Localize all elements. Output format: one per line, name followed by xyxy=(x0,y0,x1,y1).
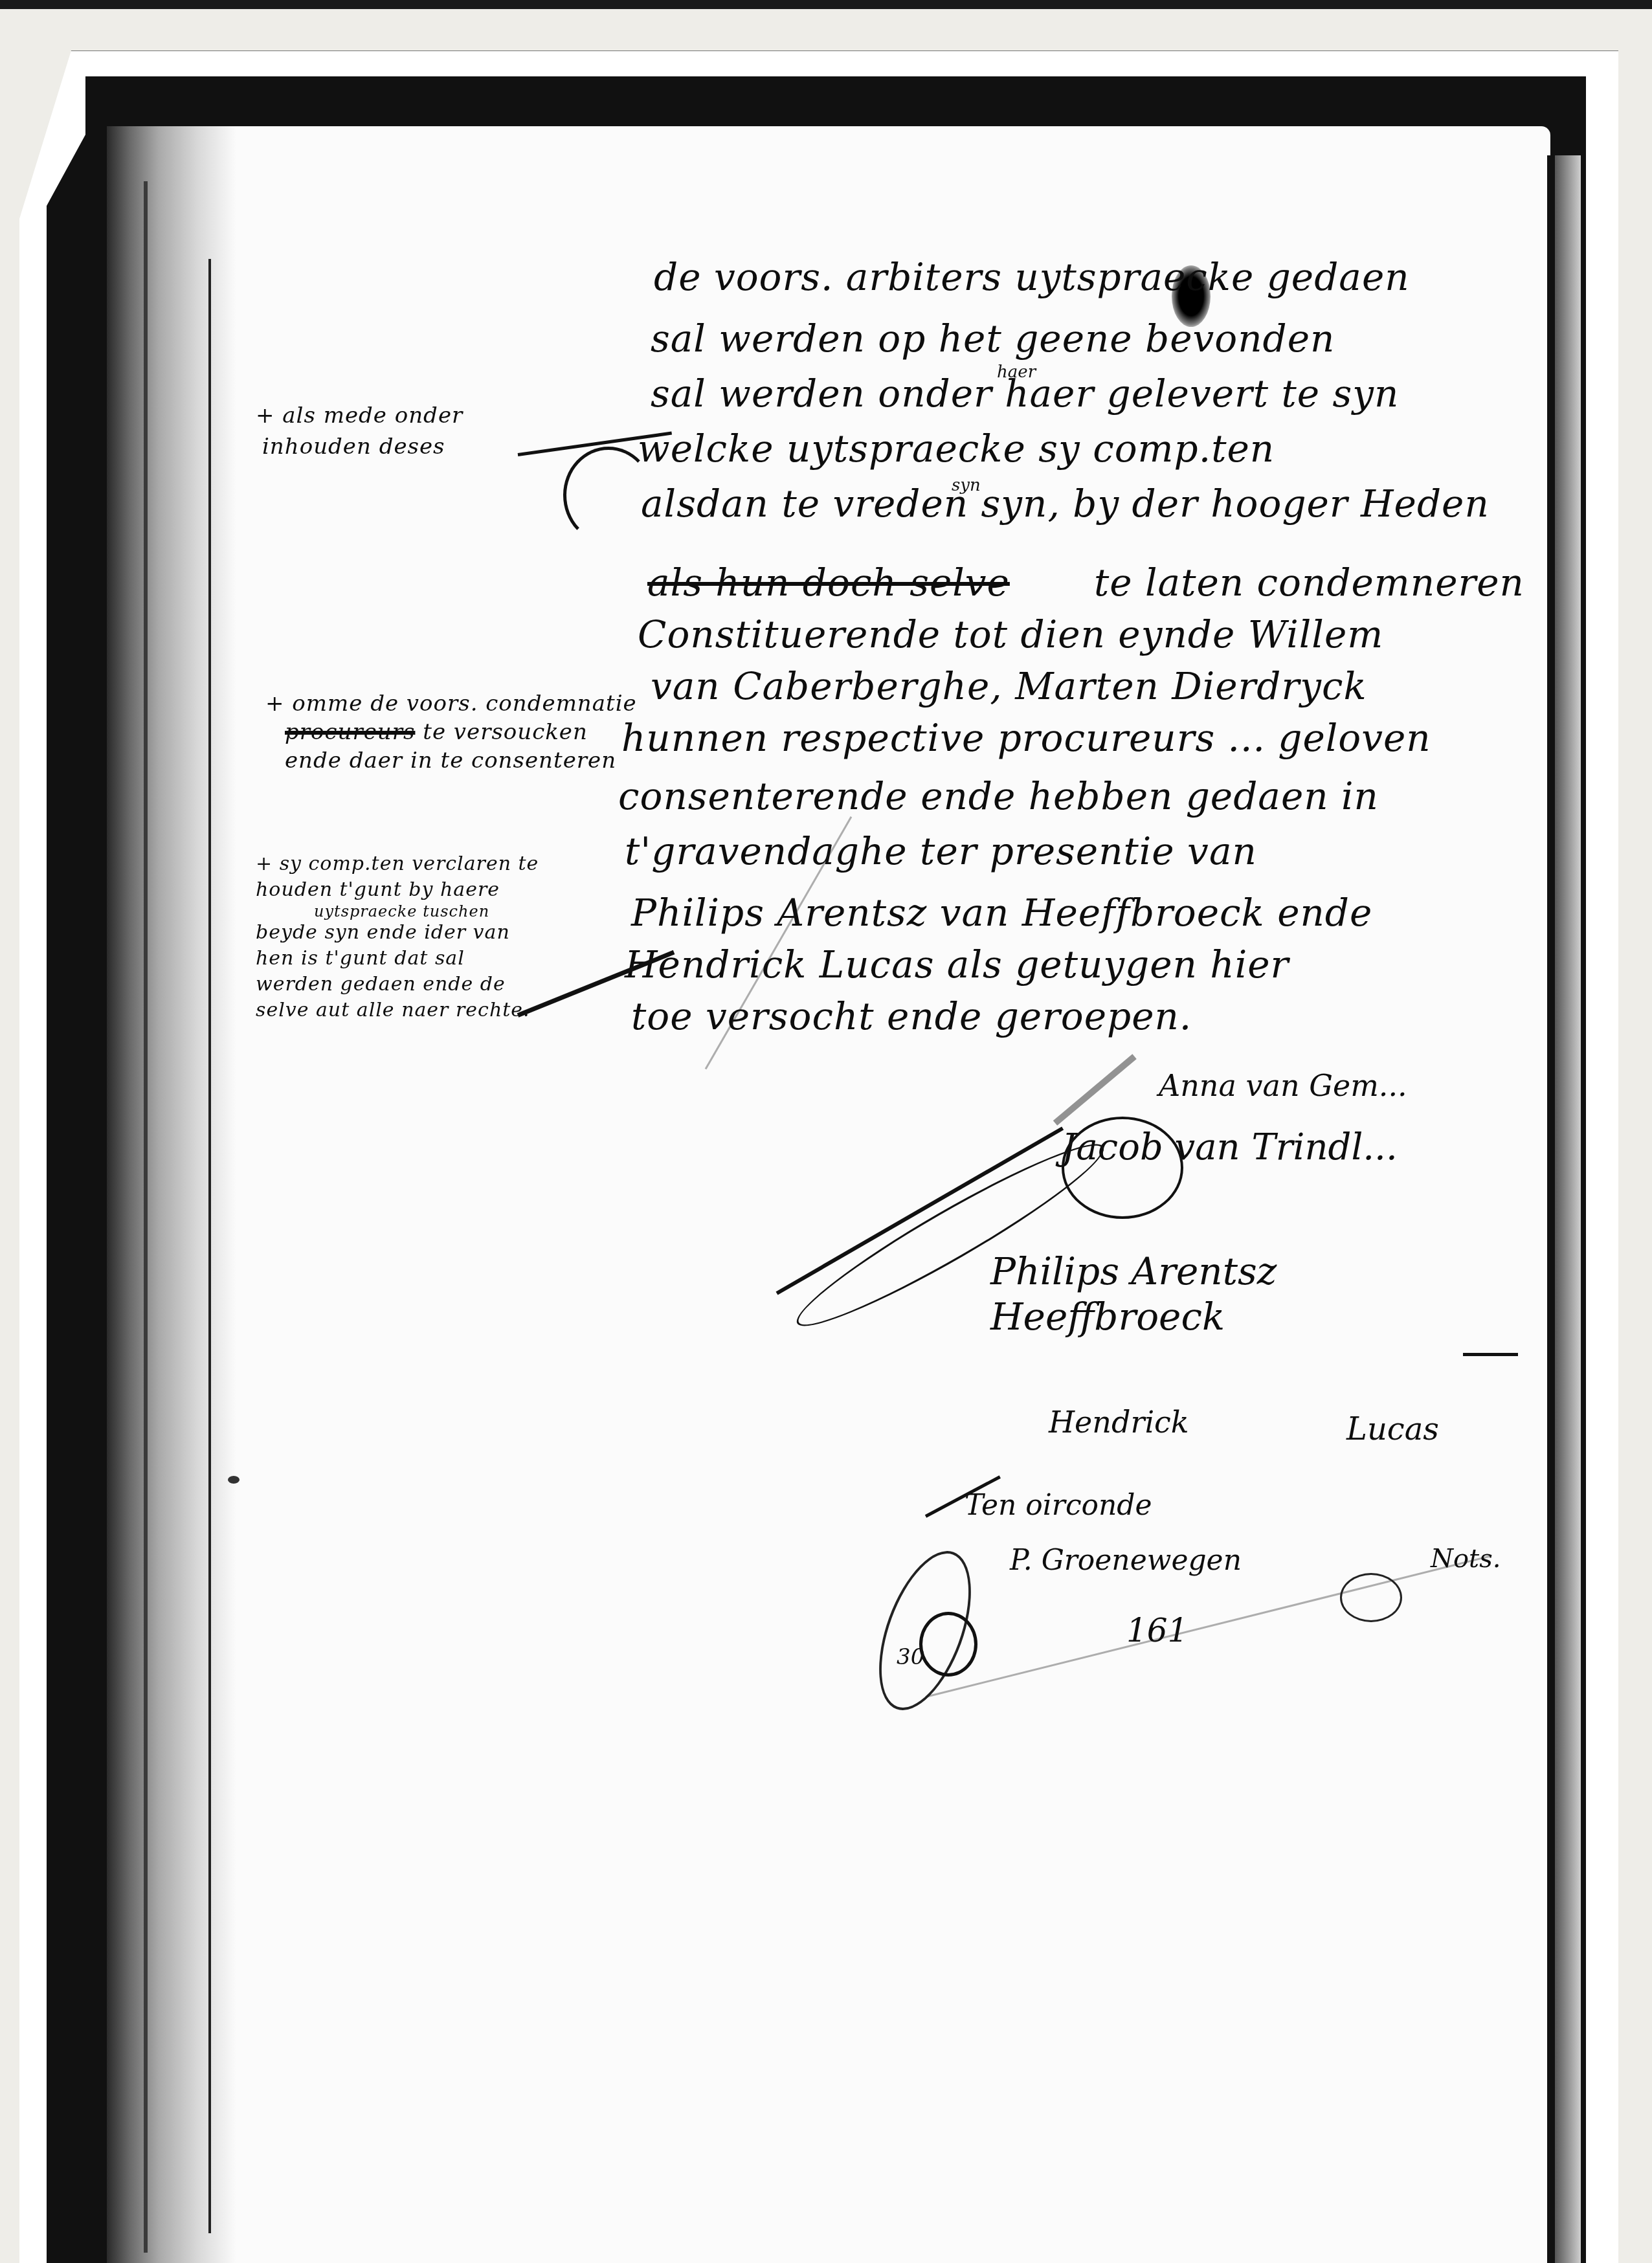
margin-note-line: + sy comp.ten verclaren te xyxy=(256,851,539,877)
margin-note-line: inhouden deses xyxy=(262,432,469,461)
attestation-label: Ten oirconde xyxy=(965,1489,1152,1522)
margin-note-line: selve aut alle naer rechte. xyxy=(256,998,539,1023)
text-line: Hendrick Lucas als getuygen hier xyxy=(625,939,1289,990)
struck-text: als hun doch selve xyxy=(647,561,1010,605)
margin-note-line: beyde syn ende ider van xyxy=(256,920,539,946)
signature: Hendrick xyxy=(1049,1405,1189,1440)
page-right-edge xyxy=(1547,155,1555,2263)
flourish-stroke xyxy=(563,447,654,544)
facing-page-sliver xyxy=(1555,155,1581,2263)
text-line: alsdan te vreden syn, by der hooger Hede… xyxy=(641,478,1490,530)
folio-number: 30 xyxy=(897,1644,924,1670)
margin-note: + sy comp.ten verclaren te houden t'gunt… xyxy=(256,851,539,1023)
margin-note-line: procureurs te versoucken xyxy=(285,718,656,746)
signature: Philips Arentsz xyxy=(990,1249,1277,1293)
text-line-continuation: te laten condemneren xyxy=(1094,557,1524,608)
text-line: consenterende ende hebben gedaen in xyxy=(618,770,1379,822)
text-line: de voors. arbiters uytspraecke gedaen xyxy=(654,251,1410,303)
margin-note-line: + omme de voors. condemnatie xyxy=(265,689,637,718)
text-line: van Caberberghe, Marten Dierdryck xyxy=(651,660,1367,712)
text-line: Constituerende tot dien eynde Willem xyxy=(638,608,1383,660)
margin-note-line: werden gedaen ende de xyxy=(256,972,539,998)
signature: Lucas xyxy=(1346,1411,1439,1447)
binding-gutter-shadow xyxy=(107,126,236,2263)
margin-note: + omme de voors. condemnatie procureurs … xyxy=(265,689,637,775)
stray-ink-mark xyxy=(228,1476,240,1484)
margin-note-line: uytspraecke tuschen xyxy=(314,903,597,920)
text-line: als hun doch selve xyxy=(647,557,1010,608)
margin-note-line: hen is t'gunt dat sal xyxy=(256,946,539,972)
scanner-top-edge xyxy=(0,0,1652,9)
notary-paraph xyxy=(919,1612,977,1677)
interlinear-insertion: haer xyxy=(997,362,1036,382)
gutter-crease xyxy=(208,259,211,2233)
struck-text: procureurs xyxy=(285,719,415,745)
margin-note: + als mede onder inhouden deses xyxy=(256,401,463,458)
margin-note-line: houden t'gunt by haere xyxy=(256,877,539,903)
notary-signature: P. Groenewegen xyxy=(1010,1544,1242,1577)
text-line: hunnen respective procureurs ... geloven xyxy=(621,712,1431,764)
text-line: t'gravendaghe ter presentie van xyxy=(625,825,1257,877)
signature: Heeffbroeck xyxy=(990,1295,1225,1339)
text-line: sal werden op het geene bevonden xyxy=(651,313,1335,364)
margin-note-line: + als mede onder xyxy=(256,401,463,430)
text-line: welcke uytspraecke sy comp.ten xyxy=(638,423,1275,474)
text-line: toe versocht ende geroepen. xyxy=(631,990,1192,1042)
text-line: Philips Arentsz van Heeffbroeck ende xyxy=(631,887,1372,939)
signature: Anna van Gem... xyxy=(1159,1068,1407,1103)
interlinear-insertion: syn xyxy=(952,476,981,495)
notary-mark xyxy=(1340,1573,1402,1622)
margin-note-line: ende daer in te consenteren xyxy=(285,746,656,775)
signature-dash xyxy=(1463,1353,1518,1356)
gutter-crease xyxy=(144,181,148,2253)
